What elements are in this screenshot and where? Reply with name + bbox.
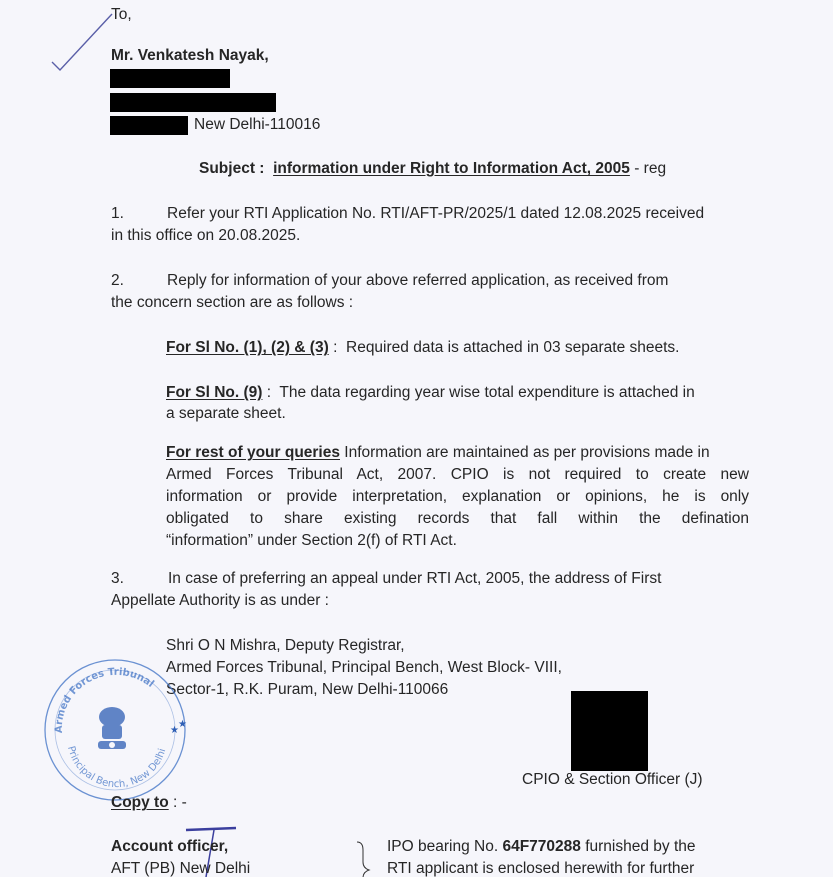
paragraph-2-line-2: the concern section are as follows : bbox=[111, 294, 353, 312]
salutation: To, bbox=[111, 6, 132, 24]
redaction-address-line-2 bbox=[110, 93, 276, 112]
redaction-address-line-1 bbox=[110, 69, 230, 88]
item-text: The data regarding year wise total expen… bbox=[279, 384, 694, 401]
item-text: Required data is attached in 03 separate… bbox=[346, 339, 679, 356]
brace-icon bbox=[355, 840, 375, 877]
item-label: For Sl No. (9) bbox=[166, 384, 262, 401]
redaction-address-line-3 bbox=[110, 116, 188, 135]
subject-text: information under Right to Information A… bbox=[273, 160, 630, 177]
svg-text:★: ★ bbox=[178, 719, 187, 730]
appellate-authority-line-2: Armed Forces Tribunal, Principal Bench, … bbox=[166, 659, 562, 677]
item-rest-line-5: “information” under Section 2(f) of RTI … bbox=[166, 532, 457, 550]
paragraph-2-line-1: 2.Reply for information of your above re… bbox=[111, 272, 668, 290]
item-rest-line-4: obligated to share existing records that… bbox=[166, 510, 749, 528]
signatory-designation: CPIO & Section Officer (J) bbox=[522, 771, 703, 789]
item-sl-9-line-1: For Sl No. (9) : The data regarding year… bbox=[166, 384, 695, 402]
copy-recipient-line-2: AFT (PB) New Delhi bbox=[111, 860, 250, 877]
appellate-authority-line-1: Shri O N Mishra, Deputy Registrar, bbox=[166, 637, 405, 655]
redaction-signature bbox=[571, 691, 648, 771]
item-rest-line-3: information or provide interpretation, e… bbox=[166, 488, 749, 506]
subject-label: Subject : bbox=[199, 160, 264, 177]
item-sl-9-line-2: a separate sheet. bbox=[166, 405, 286, 423]
subject-line: Subject : information under Right to Inf… bbox=[199, 160, 666, 178]
paragraph-2-number: 2. bbox=[111, 272, 167, 290]
paragraph-3-line-1: 3.In case of preferring an appeal under … bbox=[111, 570, 661, 588]
recipient-name: Mr. Venkatesh Nayak, bbox=[111, 47, 269, 65]
copy-to-label: Copy to bbox=[111, 794, 169, 811]
paragraph-1-number: 1. bbox=[111, 205, 167, 223]
recipient-city: New Delhi-110016 bbox=[194, 116, 320, 134]
copy-recipient-line-1: Account officer, bbox=[111, 838, 228, 856]
item-label: For rest of your queries bbox=[166, 444, 340, 461]
item-sl-1-2-3: For Sl No. (1), (2) & (3) : Required dat… bbox=[166, 339, 679, 357]
subject-suffix: - reg bbox=[634, 160, 666, 177]
ipo-number: 64F770288 bbox=[502, 838, 580, 855]
item-text: Information are maintained as per provis… bbox=[344, 444, 709, 461]
copy-note-line-1: IPO bearing No. 64F770288 furnished by t… bbox=[387, 838, 696, 856]
paragraph-3-number: 3. bbox=[111, 570, 168, 588]
official-stamp-icon: Armed Forces Tribunal Principal Bench, N… bbox=[40, 655, 190, 805]
copy-to-heading: Copy to : - bbox=[111, 794, 187, 812]
item-rest-line-2: Armed Forces Tribunal Act, 2007. CPIO is… bbox=[166, 466, 749, 484]
svg-text:Principal Bench, New Delhi: Principal Bench, New Delhi bbox=[65, 745, 168, 790]
tick-mark-icon bbox=[0, 0, 120, 80]
paragraph-1-line-2: in this office on 20.08.2025. bbox=[111, 227, 300, 245]
paragraph-1-line-1: 1.Refer your RTI Application No. RTI/AFT… bbox=[111, 205, 749, 223]
appellate-authority-line-3: Sector-1, R.K. Puram, New Delhi-110066 bbox=[166, 681, 448, 699]
item-label: For Sl No. (1), (2) & (3) bbox=[166, 339, 329, 356]
item-rest-line-1: For rest of your queries Information are… bbox=[166, 444, 710, 462]
paragraph-3-line-2: Appellate Authority is as under : bbox=[111, 592, 329, 610]
copy-note-line-2: RTI applicant is enclosed herewith for f… bbox=[387, 860, 694, 877]
